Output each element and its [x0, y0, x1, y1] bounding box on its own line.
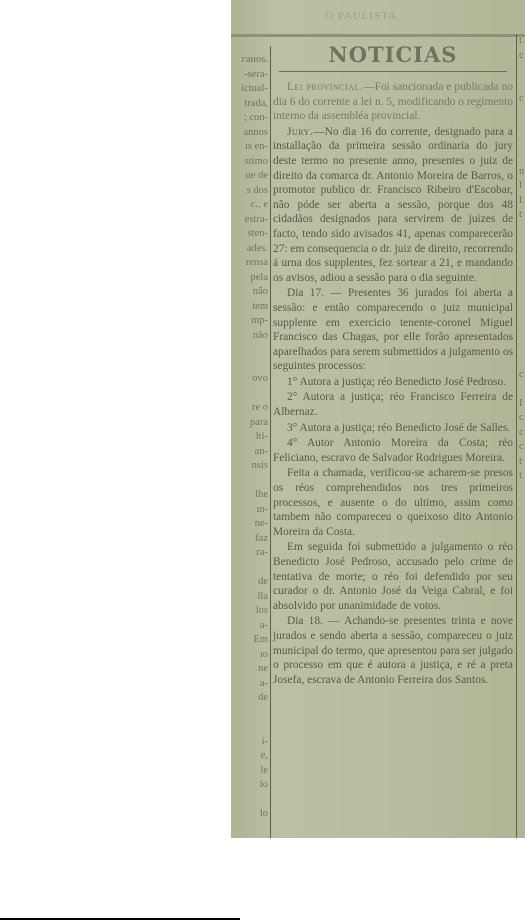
fragment-line: de [231, 575, 268, 590]
fragment-line: pela [231, 271, 268, 286]
fragment-line [519, 310, 525, 325]
fragment-line: ne- [231, 517, 268, 532]
top-rule [231, 34, 525, 37]
fragment-line [519, 266, 525, 281]
fragment-line [231, 474, 268, 489]
fragment-line: t [519, 469, 525, 484]
paragraph-dia-18: Dia 18. — Achando-se presentes trinta e … [273, 614, 513, 687]
column-rule-right [516, 34, 517, 838]
fragment-line [519, 78, 525, 93]
fragment-line [519, 150, 525, 165]
fragment-line: s dos [231, 184, 268, 199]
fragment-line: tem [231, 300, 268, 315]
fragment-line [519, 121, 525, 136]
fragment-line: t [519, 34, 525, 49]
fragment-line: Em [231, 633, 268, 648]
fragment-line: estra- [231, 213, 268, 228]
fragment-line: t [519, 455, 525, 470]
fragment-line: c [519, 49, 525, 64]
process-item-3: 3° Autora a justiça; réo Benedicto José … [273, 421, 513, 436]
fragment-line: lti- [231, 430, 268, 445]
fragment-line [519, 237, 525, 252]
fragment-line: l [519, 179, 525, 194]
fragment-line [519, 252, 525, 267]
fragment-line: c., e [231, 198, 268, 213]
newspaper-scan: O PAULISTA ганos.-sera-ictual-trada,; co… [231, 0, 525, 838]
right-column-fragment: tccnlltcIccctt [519, 34, 525, 484]
fragment-line: ; con- [231, 111, 268, 126]
fragment-line: -sera- [231, 68, 268, 83]
fragment-line [231, 706, 268, 721]
column-rule-left [270, 46, 271, 838]
fragment-line: ıo [231, 648, 268, 663]
main-column: NOTICIAS Lei provincial.—Foi sancionada … [273, 38, 513, 688]
fragment-line: de [231, 691, 268, 706]
fragment-line: re o [231, 401, 268, 416]
fragment-line: le [231, 764, 268, 779]
article-jury: Jury.—No dia 16 do corrente, designado p… [273, 125, 513, 286]
fragment-line: lhe [231, 488, 268, 503]
fragment-line: ne [231, 662, 268, 677]
running-head: O PAULISTA [291, 10, 431, 22]
left-column-fragment: ганos.-sera-ictual-trada,; con-annosıs e… [231, 53, 268, 838]
fragment-line: ганos. [231, 53, 268, 68]
fragment-line: i- [231, 735, 268, 750]
footnote-rule [0, 918, 240, 920]
fragment-line [519, 136, 525, 151]
fragment-line: io [231, 778, 268, 793]
fragment-line [519, 63, 525, 78]
fragment-line: e, [231, 749, 268, 764]
article-lead: Jury. [287, 126, 313, 138]
fragment-line: nsis [231, 459, 268, 474]
title-rule [279, 71, 507, 72]
fragment-line [519, 223, 525, 238]
fragment-line: faz [231, 532, 268, 547]
fragment-line: ın- [231, 503, 268, 518]
fragment-line: ue de [231, 169, 268, 184]
fragment-line: l [519, 194, 525, 209]
fragment-line: ovo [231, 372, 268, 387]
fragment-line: trada, [231, 97, 268, 112]
fragment-line: c [519, 368, 525, 383]
fragment-line [231, 358, 268, 373]
fragment-line: lo [231, 807, 268, 822]
fragment-line [231, 822, 268, 837]
fragment-line [519, 353, 525, 368]
fragment-line: rensa [231, 256, 268, 271]
fragment-line: ictual- [231, 82, 268, 97]
fragment-line: c [519, 92, 525, 107]
fragment-line [519, 107, 525, 122]
process-item-1: 1° Autora a justiça; réo Benedicto José … [273, 375, 513, 390]
fragment-line: c [519, 440, 525, 455]
fragment-line: c [519, 426, 525, 441]
fragment-line [519, 324, 525, 339]
fragment-line [519, 382, 525, 397]
fragment-line: não [231, 329, 268, 344]
paragraph-dia-17: Dia 17. — Presentes 36 jurados foi abert… [273, 286, 513, 374]
fragment-line: I [519, 397, 525, 412]
fragment-line: t [519, 208, 525, 223]
article-lead: Lei provincial. [287, 81, 363, 93]
fragment-line: n [519, 165, 525, 180]
fragment-line [519, 281, 525, 296]
fragment-line [231, 720, 268, 735]
fragment-line [231, 387, 268, 402]
fragment-line: los [231, 604, 268, 619]
fragment-line: ra- [231, 546, 268, 561]
fragment-line: para [231, 416, 268, 431]
fragment-line: stimo [231, 155, 268, 170]
fragment-line: annos [231, 126, 268, 141]
fragment-line: não [231, 285, 268, 300]
fragment-line [519, 295, 525, 310]
paragraph-julgamento: Em seguida foi submettido a julgamento o… [273, 540, 513, 613]
fragment-line: c [519, 411, 525, 426]
fragment-line: lla [231, 590, 268, 605]
process-item-4: 4° Autor Antonio Moreira da Costa; réo F… [273, 436, 513, 465]
fragment-line [231, 793, 268, 808]
fragment-line: an- [231, 445, 268, 460]
fragment-line: ades. [231, 242, 268, 257]
fragment-line: ı, [231, 836, 268, 838]
article-lei-provincial: Lei provincial.—Foi sancionada e publica… [273, 80, 513, 124]
process-item-2: 2° Autora a justiça; réo Francisco Ferre… [273, 390, 513, 419]
fragment-line: a- [231, 677, 268, 692]
fragment-line: mp- [231, 314, 268, 329]
section-title: NOTICIAS [273, 42, 513, 67]
fragment-line: a- [231, 619, 268, 634]
fragment-line: sten- [231, 227, 268, 242]
fragment-line [231, 343, 268, 358]
paragraph-chamada: Feita a chamada, verificou-se acharem-se… [273, 466, 513, 539]
fragment-line [231, 561, 268, 576]
fragment-line [519, 339, 525, 354]
fragment-line: ıs en- [231, 140, 268, 155]
